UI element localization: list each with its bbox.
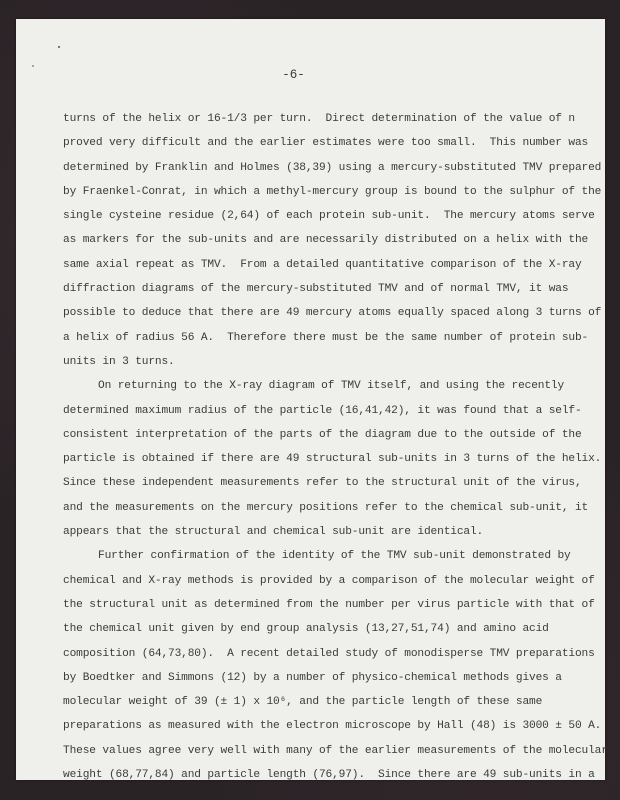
text-line: by Boedtker and Simmons (12) by a number…: [63, 666, 603, 690]
text-line: weight (68,77,84) and particle length (7…: [63, 763, 603, 787]
text-line: Since these independent measurements ref…: [63, 471, 603, 495]
text-line: units in 3 turns.: [63, 350, 603, 374]
page-number: -6-: [0, 68, 588, 82]
document-page: -6- turns of the helix or 16-1/3 per tur…: [16, 19, 605, 780]
text-line: Further confirmation of the identity of …: [63, 544, 603, 568]
text-line: molecular weight of 39 (± 1) x 10⁶, and …: [63, 690, 603, 714]
text-line: consistent interpretation of the parts o…: [63, 423, 603, 447]
text-line: These values agree very well with many o…: [63, 739, 603, 763]
paper-speck: [58, 46, 60, 48]
text-line: determined by Franklin and Holmes (38,39…: [63, 156, 603, 180]
text-line: particle is obtained if there are 49 str…: [63, 447, 603, 471]
text-line: turns of the helix or 16-1/3 per turn. D…: [63, 107, 603, 131]
text-line: proved very difficult and the earlier es…: [63, 131, 603, 155]
text-line: composition (64,73,80). A recent detaile…: [63, 642, 603, 666]
text-line: preparations as measured with the electr…: [63, 714, 603, 738]
text-line: possible to deduce that there are 49 mer…: [63, 301, 603, 325]
text-line: a helix of radius 56 A. Therefore there …: [63, 326, 603, 350]
text-line: diffraction diagrams of the mercury-subs…: [63, 277, 603, 301]
text-line: On returning to the X-ray diagram of TMV…: [63, 374, 603, 398]
text-line: and the measurements on the mercury posi…: [63, 496, 603, 520]
paper-speck: [32, 65, 34, 67]
text-line: the structural unit as determined from t…: [63, 593, 603, 617]
text-line: single cysteine residue (2,64) of each p…: [63, 204, 603, 228]
text-line: the chemical unit given by end group ana…: [63, 617, 603, 641]
text-line: as markers for the sub-units and are nec…: [63, 228, 603, 252]
text-line: by Fraenkel-Conrat, in which a methyl-me…: [63, 180, 603, 204]
text-line: determined maximum radius of the particl…: [63, 399, 603, 423]
body-text: turns of the helix or 16-1/3 per turn. D…: [63, 107, 603, 787]
text-line: same axial repeat as TMV. From a detaile…: [63, 253, 603, 277]
text-line: appears that the structural and chemical…: [63, 520, 603, 544]
text-line: chemical and X-ray methods is provided b…: [63, 569, 603, 593]
